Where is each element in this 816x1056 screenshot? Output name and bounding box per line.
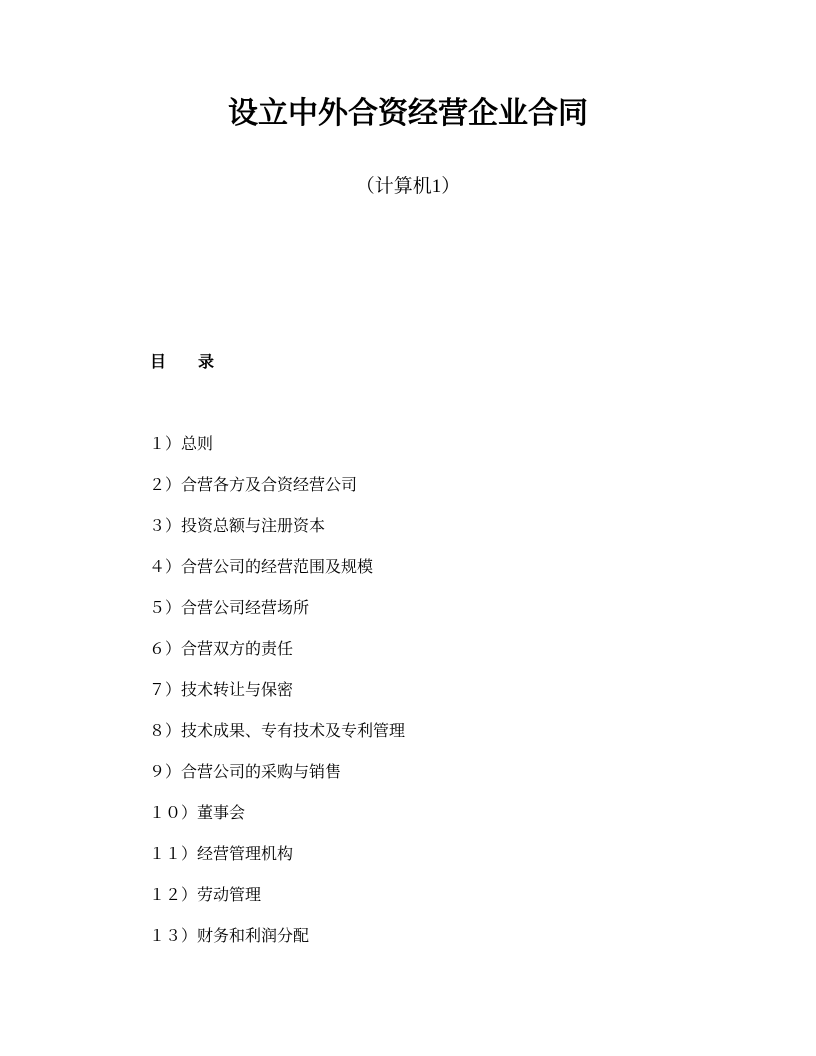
toc-item: １１）经营管理机构: [149, 834, 405, 875]
toc-item: ３）投资总额与注册资本: [149, 506, 405, 547]
toc-item: ６）合营双方的责任: [149, 629, 405, 670]
toc-item: １２）劳动管理: [149, 875, 405, 916]
document-title: 设立中外合资经营企业合同: [0, 96, 816, 132]
toc-item: １０）董事会: [149, 793, 405, 834]
toc-item: ８）技术成果、专有技术及专利管理: [149, 711, 405, 752]
toc-heading: 目 录: [150, 352, 214, 374]
toc-item: ４）合营公司的经营范围及规模: [149, 547, 405, 588]
document-page: 设立中外合资经营企业合同 （计算机1） 目 录 １）总则 ２）合营各方及合资经营…: [0, 0, 816, 1056]
toc-item: ５）合营公司经营场所: [149, 588, 405, 629]
toc-item: ２）合营各方及合资经营公司: [149, 465, 405, 506]
toc-item: ７）技术转让与保密: [149, 670, 405, 711]
toc-item: １）总则: [149, 424, 405, 465]
toc-list: １）总则 ２）合营各方及合资经营公司 ３）投资总额与注册资本 ４）合营公司的经营…: [149, 424, 405, 957]
toc-item: １３）财务和利润分配: [149, 916, 405, 957]
document-subtitle: （计算机1）: [0, 174, 816, 200]
toc-item: ９）合营公司的采购与销售: [149, 752, 405, 793]
